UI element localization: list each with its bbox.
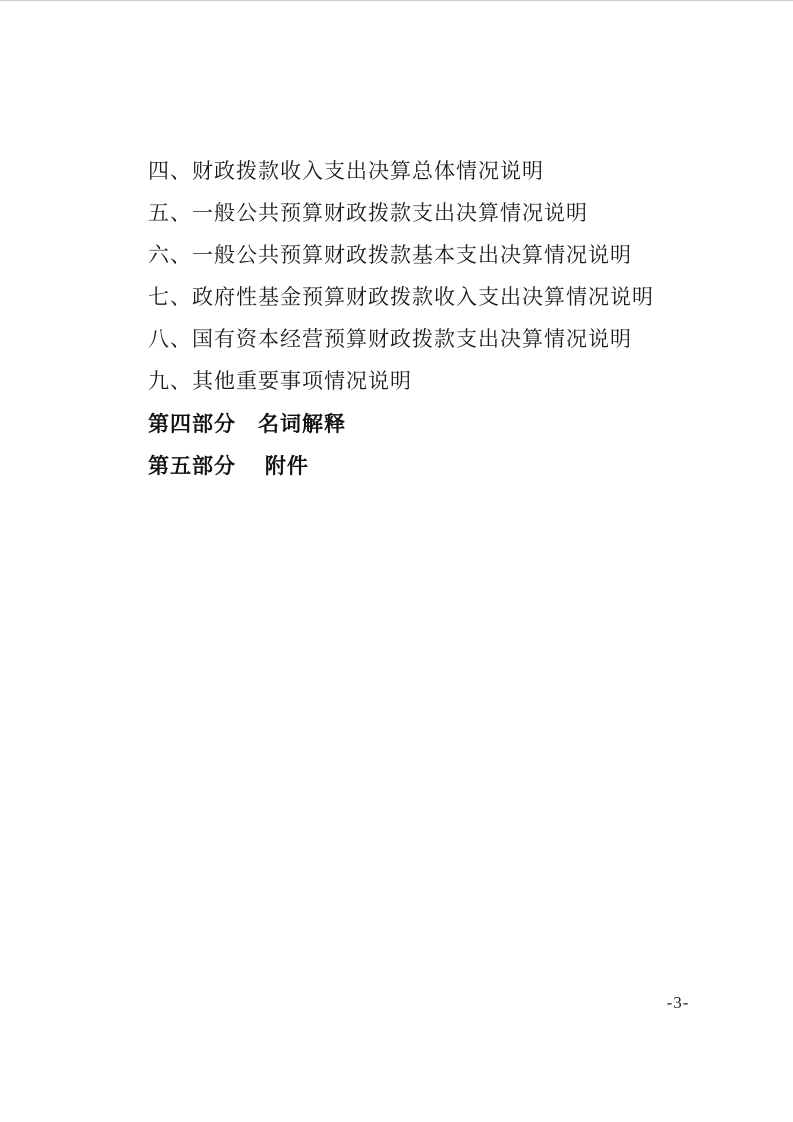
toc-item-4: 四、财政拨款收入支出决算总体情况说明 [148, 150, 654, 192]
toc-item-8: 八、国有资本经营预算财政拨款支出决算情况说明 [148, 318, 654, 360]
toc-item-9: 九、其他重要事项情况说明 [148, 360, 654, 402]
section-heading-part5: 第五部分 附件 [148, 446, 654, 488]
toc-item-7: 七、政府性基金预算财政拨款收入支出决算情况说明 [148, 276, 654, 318]
section-heading-part4: 第四部分 名词解释 [148, 404, 654, 446]
document-page: 四、财政拨款收入支出决算总体情况说明 五、一般公共预算财政拨款支出决算情况说明 … [0, 0, 793, 1122]
toc-item-6: 六、一般公共预算财政拨款基本支出决算情况说明 [148, 234, 654, 276]
toc-item-5: 五、一般公共预算财政拨款支出决算情况说明 [148, 192, 654, 234]
page-number: -3- [648, 992, 708, 1014]
table-of-contents: 四、财政拨款收入支出决算总体情况说明 五、一般公共预算财政拨款支出决算情况说明 … [148, 150, 654, 488]
